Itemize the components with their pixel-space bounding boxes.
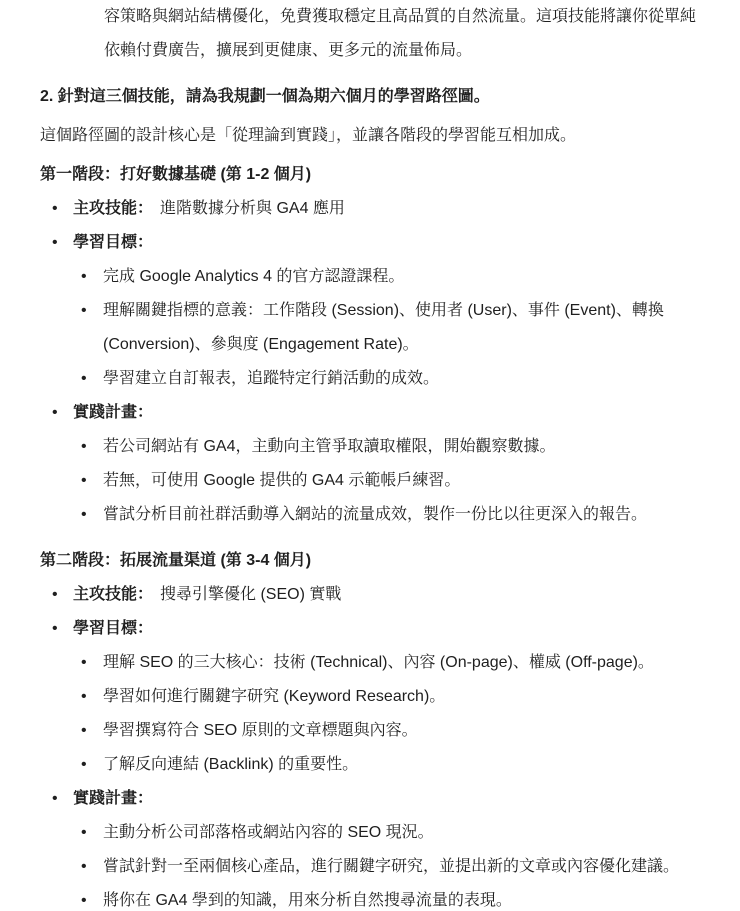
sub-list-item: • 學習撰寫符合 SEO 原則的文章標題與內容。	[73, 714, 710, 748]
bullet-icon: •	[52, 396, 58, 430]
sub-list-item: • 嘗試針對一至兩個核心產品，進行關鍵字研究，並提出新的文章或內容優化建議。	[73, 850, 710, 884]
sub-list-item-text: 理解 SEO 的三大核心：技術 (Technical)、內容 (On-page)…	[103, 654, 654, 671]
bullet-icon: •	[52, 192, 58, 226]
question-heading: 2. 針對這三個技能，請為我規劃一個為期六個月的學習路徑圖。	[40, 80, 710, 114]
bullet-icon: •	[81, 850, 87, 884]
list-item-goals: • 學習目標： • 理解 SEO 的三大核心：技術 (Technical)、內容…	[40, 612, 710, 782]
intro-paragraph: 這個路徑圖的設計核心是「從理論到實踐」，並讓各階段的學習能互相加成。	[40, 119, 710, 153]
sub-list-item: • 若無，可使用 Google 提供的 GA4 示範帳戶練習。	[73, 464, 710, 498]
sub-list-item-text: 學習如何進行關鍵字研究 (Keyword Research)。	[103, 688, 445, 705]
sub-list-item-text: 理解關鍵指標的意義：工作階段 (Session)、使用者 (User)、事件 (…	[103, 302, 664, 353]
stage-2-heading: 第二階段：拓展流量渠道 (第 3-4 個月)	[40, 544, 710, 578]
bullet-icon: •	[52, 612, 58, 646]
bullet-icon: •	[52, 226, 58, 260]
bullet-icon: •	[81, 464, 87, 498]
list-item-skill: • 主攻技能：進階數據分析與 GA4 應用	[40, 192, 710, 226]
sub-list-item-text: 嘗試針對一至兩個核心產品，進行關鍵字研究，並提出新的文章或內容優化建議。	[103, 858, 679, 875]
list-item-text: 進階數據分析與 GA4 應用	[160, 200, 345, 217]
bullet-icon: •	[81, 816, 87, 850]
bullet-icon: •	[81, 294, 87, 328]
bullet-icon: •	[52, 782, 58, 816]
sub-list-item-text: 學習建立自訂報表，追蹤特定行銷活動的成效。	[103, 370, 439, 387]
bullet-icon: •	[81, 362, 87, 396]
list-item-practice: • 實踐計畫： • 主動分析公司部落格或網站內容的 SEO 現況。 • 嘗試針對…	[40, 782, 710, 911]
stage-1-goals-sublist: • 完成 Google Analytics 4 的官方認證課程。 • 理解關鍵指…	[73, 260, 710, 396]
sub-list-item-text: 完成 Google Analytics 4 的官方認證課程。	[103, 268, 404, 285]
list-item-label: 實踐計畫：	[73, 404, 153, 421]
sub-list-item: • 嘗試分析目前社群活動導入網站的流量成效，製作一份比以往更深入的報告。	[73, 498, 710, 532]
sub-list-item: • 理解 SEO 的三大核心：技術 (Technical)、內容 (On-pag…	[73, 646, 710, 680]
list-item-label: 學習目標：	[73, 234, 153, 251]
sub-list-item-text: 若無，可使用 Google 提供的 GA4 示範帳戶練習。	[103, 472, 460, 489]
stage-2-goals-sublist: • 理解 SEO 的三大核心：技術 (Technical)、內容 (On-pag…	[73, 646, 710, 782]
sub-list-item: • 完成 Google Analytics 4 的官方認證課程。	[73, 260, 710, 294]
sub-list-item-text: 主動分析公司部落格或網站內容的 SEO 現況。	[103, 824, 434, 841]
stage-2-practice-sublist: • 主動分析公司部落格或網站內容的 SEO 現況。 • 嘗試針對一至兩個核心產品…	[73, 816, 710, 911]
stage-1-practice-sublist: • 若公司網站有 GA4，主動向主管爭取讀取權限，開始觀察數據。 • 若無，可使…	[73, 430, 710, 532]
sub-list-item-text: 將你在 GA4 學到的知識，用來分析自然搜尋流量的表現。	[103, 892, 512, 909]
stage-1-heading: 第一階段：打好數據基礎 (第 1-2 個月)	[40, 158, 710, 192]
sub-list-item-text: 學習撰寫符合 SEO 原則的文章標題與內容。	[103, 722, 418, 739]
list-item-goals: • 學習目標： • 完成 Google Analytics 4 的官方認證課程。…	[40, 226, 710, 396]
sub-list-item: • 主動分析公司部落格或網站內容的 SEO 現況。	[73, 816, 710, 850]
sub-list-item-clipped: • 將你在 GA4 學到的知識，用來分析自然搜尋流量的表現。	[73, 884, 710, 911]
bullet-icon: •	[52, 578, 58, 612]
list-item-skill: • 主攻技能：搜尋引擎優化 (SEO) 實戰	[40, 578, 710, 612]
sub-list-item: • 若公司網站有 GA4，主動向主管爭取讀取權限，開始觀察數據。	[73, 430, 710, 464]
list-item-label: 主攻技能：	[73, 586, 153, 603]
sub-list-item-text: 若公司網站有 GA4，主動向主管爭取讀取權限，開始觀察數據。	[103, 438, 555, 455]
sub-list-item: • 學習如何進行關鍵字研究 (Keyword Research)。	[73, 680, 710, 714]
sub-list-item: • 理解關鍵指標的意義：工作階段 (Session)、使用者 (User)、事件…	[73, 294, 710, 362]
bullet-icon: •	[81, 430, 87, 464]
stage-2-list: • 主攻技能：搜尋引擎優化 (SEO) 實戰 • 學習目標： • 理解 SEO …	[40, 578, 710, 911]
bullet-icon: •	[81, 260, 87, 294]
sub-list-item-text: 了解反向連結 (Backlink) 的重要性。	[103, 756, 358, 773]
list-item-practice: • 實踐計畫： • 若公司網站有 GA4，主動向主管爭取讀取權限，開始觀察數據。…	[40, 396, 710, 532]
list-item-label: 實踐計畫：	[73, 790, 153, 807]
list-item-label: 主攻技能：	[73, 200, 153, 217]
paragraph-continuation: 容策略與網站結構優化，免費獲取穩定且高品質的自然流量。這項技能將讓你從單純依賴付…	[104, 0, 710, 68]
sub-list-item: • 學習建立自訂報表，追蹤特定行銷活動的成效。	[73, 362, 710, 396]
bullet-icon: •	[81, 714, 87, 748]
bullet-icon: •	[81, 884, 87, 911]
bullet-icon: •	[81, 748, 87, 782]
stage-1-list: • 主攻技能：進階數據分析與 GA4 應用 • 學習目標： • 完成 Googl…	[40, 192, 710, 532]
bullet-icon: •	[81, 498, 87, 532]
bullet-icon: •	[81, 646, 87, 680]
document-page: 容策略與網站結構優化，免費獲取穩定且高品質的自然流量。這項技能將讓你從單純依賴付…	[0, 0, 740, 911]
sub-list-item-text: 嘗試分析目前社群活動導入網站的流量成效，製作一份比以往更深入的報告。	[103, 506, 647, 523]
list-item-label: 學習目標：	[73, 620, 153, 637]
list-item-text: 搜尋引擎優化 (SEO) 實戰	[160, 586, 341, 603]
bullet-icon: •	[81, 680, 87, 714]
sub-list-item: • 了解反向連結 (Backlink) 的重要性。	[73, 748, 710, 782]
